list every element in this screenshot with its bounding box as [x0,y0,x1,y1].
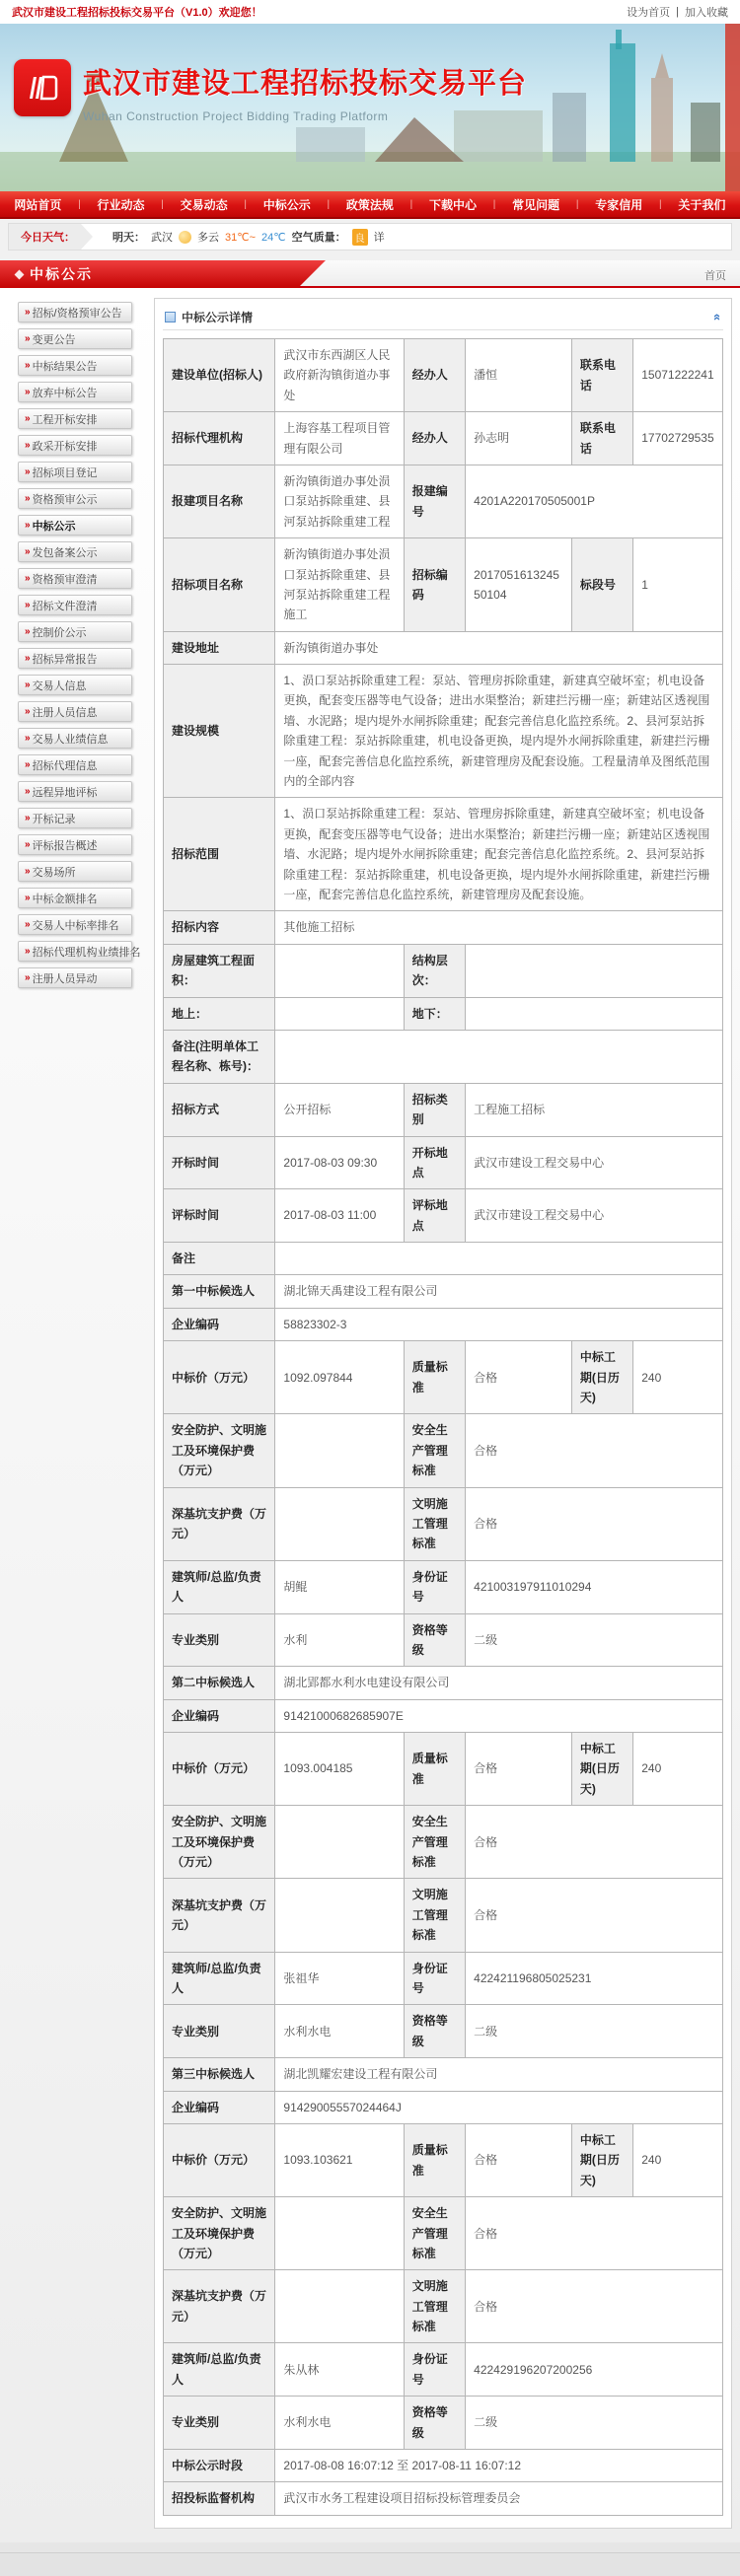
nav-item-5[interactable]: 政策法规 [346,196,394,213]
field-value: 合格 [466,1341,572,1414]
field-label: 安全生产管理标准 [404,2197,465,2270]
sidebar-item[interactable]: »交易人信息 [18,675,132,695]
field-value: 合格 [466,1414,723,1487]
sidebar-item[interactable]: »招标代理机构业绩排名 [18,941,132,962]
nav-item-4[interactable]: 中标公示 [263,196,311,213]
field-value [275,997,404,1030]
sidebar-item[interactable]: »控制价公示 [18,621,132,642]
field-value: 1093.103621 [275,2123,404,2196]
table-row: 专业类别水利水电资格等级二级 [164,2397,723,2450]
table-row: 招标范围1、涢口泵站拆除重建工程：泵站、管理房拆除重建，新建真空破坏室；机电设备… [164,798,723,911]
sidebar-item-label: 放弃中标公告 [33,385,98,400]
field-label: 质量标准 [404,1733,465,1806]
field-label: 招标类别 [404,1083,465,1136]
sidebar-item-label: 招标代理信息 [33,757,98,773]
bid-detail-table: 建设单位(招标人)武汉市东西湖区人民政府新沟镇街道办事处经办人潘恒联系电话150… [163,338,723,2516]
table-row: 安全防护、文明施工及环境保护费（万元）安全生产管理标准合格 [164,1414,723,1487]
nav-item-7[interactable]: 常见问题 [512,196,559,213]
double-arrow-icon: » [25,706,29,717]
double-arrow-icon: » [25,413,29,424]
field-value: 武汉市建设工程交易中心 [466,1189,723,1243]
nav-separator: | [78,199,81,210]
nav-separator: | [161,199,164,210]
field-label: 备注(注明单体工程名称、栋号)： [164,1030,275,1083]
field-label: 房屋建筑工程面积： [164,944,275,997]
field-value: 422429196207200256 [466,2343,723,2397]
field-label: 安全生产管理标准 [404,1414,465,1487]
table-row: 企业编码91429005557024464J [164,2091,723,2123]
content-area: »招标/资格预审公告»变更公告»中标结果公告»放弃中标公告»工程开标安排»政采开… [0,288,740,2542]
nav-item-1[interactable]: 网站首页 [14,196,61,213]
field-label: 资格等级 [404,2005,465,2058]
panel-title: 中标公示详情 [182,309,253,325]
sidebar-item[interactable]: »远程异地评标 [18,781,132,802]
field-label: 专业类别 [164,2397,275,2450]
table-row: 建筑师/总监/负责人张祖华身份证号422421196805025231 [164,1952,723,2005]
field-label: 企业编码 [164,2091,275,2123]
field-label: 联系电话 [571,339,632,412]
sidebar-item-label: 资格预审公示 [33,491,98,507]
double-arrow-icon: » [25,546,29,557]
sidebar-item-label: 发包备案公示 [33,544,98,560]
weather-day: 明天： [112,229,145,245]
double-arrow-icon: » [25,493,29,504]
field-label: 评标时间 [164,1189,275,1243]
double-arrow-icon: » [25,893,29,903]
field-value: 武汉市东西湖区人民政府新沟镇街道办事处 [275,339,404,412]
field-label: 报建项目名称 [164,465,275,537]
main-nav: 网站首页|行业动态|交易动态|中标公示|政策法规|下载中心|常见问题|专家信用|… [0,191,740,219]
double-arrow-icon: » [25,466,29,477]
site-title: 武汉市建设工程招标投标交易平台 [83,61,527,102]
table-row: 企业编码58823302-3 [164,1308,723,1340]
field-value: 合格 [466,1487,723,1560]
nav-separator: | [410,199,413,210]
field-value: 1 [633,538,723,632]
field-value: 合格 [466,1733,572,1806]
double-arrow-icon: » [25,520,29,531]
field-value: 1093.004185 [275,1733,404,1806]
sidebar-item[interactable]: »招标代理信息 [18,754,132,775]
field-value: 58823302-3 [275,1308,723,1340]
nav-item-6[interactable]: 下载中心 [429,196,477,213]
sidebar-item-label: 中标金额排名 [33,891,98,906]
table-row: 招标内容其他施工招标 [164,911,723,944]
field-label: 联系电话 [571,412,632,465]
temp-low: 24℃ [261,231,286,244]
field-label: 招标范围 [164,798,275,911]
field-label: 企业编码 [164,1308,275,1340]
sidebar-item-label: 工程开标安排 [33,411,98,427]
weather-detail-link[interactable]: 详 [374,229,385,245]
sidebar-item-label: 中标结果公告 [33,358,98,374]
sidebar-menu: »招标/资格预审公告»变更公告»中标结果公告»放弃中标公告»工程开标安排»政采开… [10,298,154,994]
field-value: 水利水电 [275,2005,404,2058]
field-value: 朱从林 [275,2343,404,2397]
field-value: 17702729535 [633,412,723,465]
field-value: 孙志明 [466,412,572,465]
table-row: 专业类别水利资格等级二级 [164,1613,723,1667]
double-arrow-icon: » [25,972,29,983]
sidebar-item[interactable]: »评标报告概述 [18,834,132,855]
header-banner: 武汉市建设工程招标投标交易平台 Wuhan Construction Proje… [0,24,740,191]
sidebar-item[interactable]: »资格预审澄清 [18,568,132,589]
panel-icon [165,312,176,322]
double-arrow-icon: » [25,333,29,344]
table-row: 深基坑支护费（万元）文明施工管理标准合格 [164,1879,723,1952]
sidebar-item[interactable]: »中标公示 [18,515,132,536]
double-arrow-icon: » [25,786,29,797]
field-value [466,944,723,997]
sidebar-item-label: 招标项目登记 [33,465,98,480]
table-row: 建筑师/总监/负责人朱从林身份证号422429196207200256 [164,2343,723,2397]
air-quality-badge: 良 [352,229,368,246]
table-row: 中标价（万元）1093.004185质量标准合格中标工期(日历天)240 [164,1733,723,1806]
collapse-icon[interactable]: « [710,314,725,321]
table-row: 备注 [164,1243,723,1275]
field-value [275,1806,404,1879]
table-row: 深基坑支护费（万元）文明施工管理标准合格 [164,2270,723,2343]
field-value: 新沟镇街道办事处涢口泵站拆除重建、县河泵站拆除重建工程 [275,465,404,537]
field-label: 安全生产管理标准 [404,1806,465,1879]
field-label: 招标项目名称 [164,538,275,632]
field-value [275,1243,723,1275]
double-arrow-icon: » [25,600,29,610]
double-arrow-icon: » [25,866,29,877]
table-row: 建设规模1、涢口泵站拆除重建工程：泵站、管理房拆除重建，新建真空破坏室；机电设备… [164,665,723,798]
field-label: 中标工期(日历天) [571,2123,632,2196]
table-row: 建筑师/总监/负责人胡鲲身份证号421003197911010294 [164,1560,723,1613]
nav-separator: | [659,199,662,210]
field-label: 建筑师/总监/负责人 [164,1560,275,1613]
field-value: 91421000682685907E [275,1699,723,1732]
field-label: 身份证号 [404,1952,465,2005]
sidebar-item-label: 交易场所 [33,864,76,880]
sidebar-item-label: 交易人信息 [33,678,87,693]
field-value: 240 [633,1733,723,1806]
table-row: 专业类别水利水电资格等级二级 [164,2005,723,2058]
field-label: 中标价（万元） [164,1341,275,1414]
field-value: 湖北凯耀宏建设工程有限公司 [275,2058,723,2091]
field-label: 标段号 [571,538,632,632]
field-label: 第三中标候选人 [164,2058,275,2091]
double-arrow-icon: » [25,733,29,744]
field-value: 合格 [466,2270,723,2343]
field-label: 建设单位(招标人) [164,339,275,412]
field-label: 结构层次： [404,944,465,997]
sidebar-item-label: 交易人中标率排名 [33,917,119,933]
field-value: 421003197911010294 [466,1560,723,1613]
field-value: 新沟镇街道办事处涢口泵站拆除重建、县河泵站拆除重建工程施工 [275,538,404,632]
double-arrow-icon: » [25,653,29,664]
double-arrow-icon: » [25,307,29,318]
sidebar-item[interactable]: »资格预审公示 [18,488,132,509]
field-label: 企业编码 [164,1699,275,1732]
field-label: 文明施工管理标准 [404,1879,465,1952]
field-label: 第一中标候选人 [164,1275,275,1308]
sidebar-item-label: 政采开标安排 [33,438,98,454]
field-label: 中标价（万元） [164,1733,275,1806]
nav-separator: | [493,199,496,210]
field-label: 文明施工管理标准 [404,1487,465,1560]
sidebar-item-label: 远程异地评标 [33,784,98,800]
field-value: 1、涢口泵站拆除重建工程：泵站、管理房拆除重建，新建真空破坏室；机电设备更换，配… [275,665,723,798]
field-label: 建设地址 [164,631,275,664]
field-value: 240 [633,1341,723,1414]
table-row: 安全防护、文明施工及环境保护费（万元）安全生产管理标准合格 [164,1806,723,1879]
field-label: 身份证号 [404,1560,465,1613]
table-row: 地上：地下： [164,997,723,1030]
field-value: 二级 [466,2005,723,2058]
field-value: 合格 [466,2123,572,2196]
weather-bar: 今日天气： 明天： 武汉 多云 31℃~ 24℃ 空气质量： 良 详 [8,223,732,250]
sidebar-item[interactable]: »政采开标安排 [18,435,132,456]
topbar-links: 设为首页 | 加入收藏 [627,4,728,20]
table-row: 第三中标候选人湖北凯耀宏建设工程有限公司 [164,2058,723,2091]
sidebar-item[interactable]: »工程开标安排 [18,408,132,429]
sidebar-item[interactable]: »注册人员信息 [18,701,132,722]
home-link[interactable]: 首页 [704,267,726,283]
table-row: 房屋建筑工程面积：结构层次： [164,944,723,997]
table-row: 评标时间2017-08-03 11:00评标地点武汉市建设工程交易中心 [164,1189,723,1243]
field-value: 新沟镇街道办事处 [275,631,723,664]
double-arrow-icon: » [25,839,29,850]
field-value: 胡鲲 [275,1560,404,1613]
air-quality-label: 空气质量： [292,229,346,245]
field-value: 张祖华 [275,1952,404,2005]
field-value: 15071222241 [633,339,723,412]
field-label: 中标工期(日历天) [571,1733,632,1806]
nav-item-8[interactable]: 专家信用 [595,196,642,213]
site-subtitle: Wuhan Construction Project Bidding Tradi… [83,109,527,123]
weather-city: 武汉 [151,229,173,245]
field-label: 质量标准 [404,2123,465,2196]
footer-strip [0,2552,740,2576]
double-arrow-icon: » [25,387,29,397]
field-label: 深基坑支护费（万元） [164,2270,275,2343]
weather-condition-icon [179,231,191,244]
table-row: 备注(注明单体工程名称、栋号)： [164,1030,723,1083]
field-label: 地下： [404,997,465,1030]
sidebar-item[interactable]: »中标结果公告 [18,355,132,376]
sidebar-item-label: 评标报告概述 [33,837,98,853]
field-label: 中标公示时段 [164,2450,275,2482]
field-value: 合格 [466,1879,723,1952]
top-bar: 武汉市建设工程招标投标交易平台（V1.0）欢迎您！ 设为首页 | 加入收藏 [0,0,740,24]
field-label: 开标地点 [404,1136,465,1189]
field-label: 招标方式 [164,1083,275,1136]
welcome-text: 武汉市建设工程招标投标交易平台（V1.0）欢迎您！ [12,4,262,20]
double-arrow-icon: » [25,759,29,770]
table-row: 中标价（万元）1092.097844质量标准合格中标工期(日历天)240 [164,1341,723,1414]
field-label: 中标工期(日历天) [571,1341,632,1414]
set-home-link[interactable]: 设为首页 [627,4,670,20]
field-value: 二级 [466,1613,723,1667]
banner-titles: 武汉市建设工程招标投标交易平台 Wuhan Construction Proje… [83,61,527,123]
field-value: 4201A220170505001P [466,465,723,537]
nav-separator: | [328,199,331,210]
field-label: 招标编码 [404,538,465,632]
sidebar-item[interactable]: »招标文件澄清 [18,595,132,615]
field-value: 工程施工招标 [466,1083,723,1136]
field-value: 1092.097844 [275,1341,404,1414]
field-value: 水利 [275,1613,404,1667]
table-row: 中标价（万元）1093.103621质量标准合格中标工期(日历天)240 [164,2123,723,2196]
sidebar-item[interactable]: »交易场所 [18,861,132,882]
field-value: 422421196805025231 [466,1952,723,2005]
page: 武汉市建设工程招标投标交易平台（V1.0）欢迎您！ 设为首页 | 加入收藏 [0,0,740,2576]
field-value: 上海容基工程项目管理有限公司 [275,412,404,465]
field-label: 身份证号 [404,2343,465,2397]
sidebar-item-label: 变更公告 [33,331,76,347]
sidebar-item[interactable]: »放弃中标公告 [18,382,132,402]
table-row: 安全防护、文明施工及环境保护费（万元）安全生产管理标准合格 [164,2197,723,2270]
sidebar-item-label: 开标记录 [33,811,76,826]
table-row: 第一中标候选人湖北锦天禹建设工程有限公司 [164,1275,723,1308]
double-arrow-icon: » [25,946,29,957]
double-arrow-icon: » [25,440,29,451]
field-label: 报建编号 [404,465,465,537]
field-value [275,2270,404,2343]
field-value: 湖北郢都水利水电建设有限公司 [275,1667,723,1699]
field-label: 安全防护、文明施工及环境保护费（万元） [164,1414,275,1487]
field-value: 240 [633,2123,723,2196]
sidebar-item[interactable]: »注册人员异动 [18,967,132,988]
sidebar-item-label: 注册人员信息 [33,704,98,720]
nav-separator: | [576,199,579,210]
detail-panel: 中标公示详情 « 建设单位(招标人)武汉市东西湖区人民政府新沟镇街道办事处经办人… [154,298,732,2529]
sidebar-item[interactable]: »发包备案公示 [18,541,132,562]
nav-item-3[interactable]: 交易动态 [181,196,228,213]
field-label: 开标时间 [164,1136,275,1189]
section-ribbon: 中标公示 [0,260,326,288]
sidebar-item-label: 招标/资格预审公告 [33,305,122,321]
table-row: 报建项目名称新沟镇街道办事处涢口泵站拆除重建、县河泵站拆除重建工程报建编号420… [164,465,723,537]
field-value [275,1414,404,1487]
sidebar-item-label: 招标文件澄清 [33,598,98,613]
sidebar-item[interactable]: »招标项目登记 [18,462,132,482]
nav-item-9[interactable]: 关于我们 [678,196,725,213]
field-label: 招标内容 [164,911,275,944]
field-label: 建筑师/总监/负责人 [164,2343,275,2397]
table-row: 深基坑支护费（万元）文明施工管理标准合格 [164,1487,723,1560]
field-value: 公开招标 [275,1083,404,1136]
platform-logo [14,59,71,116]
sidebar-item[interactable]: »交易人中标率排名 [18,914,132,935]
logo-glyph-icon [24,69,61,107]
sidebar-item-label: 招标异常报告 [33,651,98,667]
field-label: 深基坑支护费（万元） [164,1879,275,1952]
add-favorite-link[interactable]: 加入收藏 [685,4,728,20]
sidebar-item-label: 中标公示 [33,518,76,534]
field-value [275,1030,723,1083]
sidebar-item[interactable]: »招标/资格预审公告 [18,302,132,322]
section-header-row: 中标公示 首页 [0,260,740,288]
field-label: 经办人 [404,412,465,465]
panel-header: 中标公示详情 « [163,305,723,330]
field-value [466,997,723,1030]
sidebar-item-label: 资格预审澄清 [33,571,98,587]
table-row: 招投标监督机构武汉市水务工程建设项目招标投标管理委员会 [164,2482,723,2515]
table-row: 开标时间2017-08-03 09:30开标地点武汉市建设工程交易中心 [164,1136,723,1189]
double-arrow-icon: » [25,360,29,371]
table-row: 建设单位(招标人)武汉市东西湖区人民政府新沟镇街道办事处经办人潘恒联系电话150… [164,339,723,412]
field-value: 2017-08-08 16:07:12 至 2017-08-11 16:07:1… [275,2450,723,2482]
double-arrow-icon: » [25,813,29,823]
table-row: 招标代理机构上海容基工程项目管理有限公司经办人孙志明联系电话1770272953… [164,412,723,465]
field-label: 招投标监督机构 [164,2482,275,2515]
field-value: 武汉市水务工程建设项目招标投标管理委员会 [275,2482,723,2515]
field-label: 中标价（万元） [164,2123,275,2196]
table-row: 招标项目名称新沟镇街道办事处涢口泵站拆除重建、县河泵站拆除重建工程施工招标编码2… [164,538,723,632]
table-row: 招标方式公开招标招标类别工程施工招标 [164,1083,723,1136]
field-label: 资格等级 [404,1613,465,1667]
nav-item-2[interactable]: 行业动态 [98,196,145,213]
sidebar-item[interactable]: »招标异常报告 [18,648,132,669]
sidebar-item-label: 控制价公示 [33,624,87,640]
field-label: 专业类别 [164,1613,275,1667]
field-value: 其他施工招标 [275,911,723,944]
field-value: 2017-08-03 09:30 [275,1136,404,1189]
table-row: 企业编码91421000682685907E [164,1699,723,1732]
field-value: 2017-08-03 11:00 [275,1189,404,1243]
double-arrow-icon: » [25,680,29,690]
field-value: 二级 [466,2397,723,2450]
section-title: 中标公示 [30,264,93,284]
field-value: 合格 [466,2197,723,2270]
field-label: 专业类别 [164,2005,275,2058]
field-label: 建设规模 [164,665,275,798]
field-value [275,1487,404,1560]
sidebar-item-label: 注册人员异动 [33,970,98,986]
field-label: 经办人 [404,339,465,412]
sidebar-item-label: 招标代理机构业绩排名 [33,944,141,960]
ribbon-bullet-icon [15,269,25,279]
field-value: 潘恒 [466,339,572,412]
field-value [275,2197,404,2270]
field-value [275,1879,404,1952]
field-label: 安全防护、文明施工及环境保护费（万元） [164,1806,275,1879]
field-label: 第二中标候选人 [164,1667,275,1699]
field-label: 招标代理机构 [164,412,275,465]
topbar-separator: | [676,6,679,18]
field-label: 备注 [164,1243,275,1275]
field-value: 201705161324550104 [466,538,572,632]
double-arrow-icon: » [25,626,29,637]
field-value: 湖北锦天禹建设工程有限公司 [275,1275,723,1308]
field-label: 安全防护、文明施工及环境保护费（万元） [164,2197,275,2270]
double-arrow-icon: » [25,919,29,930]
field-label: 资格等级 [404,2397,465,2450]
sidebar-item-label: 交易人业绩信息 [33,731,109,747]
field-value: 武汉市建设工程交易中心 [466,1136,723,1189]
nav-separator: | [244,199,247,210]
sidebar-item[interactable]: »开标记录 [18,808,132,828]
sidebar-item[interactable]: »交易人业绩信息 [18,728,132,749]
sidebar-item[interactable]: »中标金额排名 [18,888,132,908]
table-row: 中标公示时段2017-08-08 16:07:12 至 2017-08-11 1… [164,2450,723,2482]
table-row: 建设地址新沟镇街道办事处 [164,631,723,664]
field-value: 1、涢口泵站拆除重建工程：泵站、管理房拆除重建，新建真空破坏室；机电设备更换，配… [275,798,723,911]
double-arrow-icon: » [25,573,29,584]
field-value: 水利水电 [275,2397,404,2450]
field-value [275,944,404,997]
temp-high: 31℃~ [225,231,256,244]
sidebar-item[interactable]: »变更公告 [18,328,132,349]
field-value: 合格 [466,1806,723,1879]
table-row: 第二中标候选人湖北郢都水利水电建设有限公司 [164,1667,723,1699]
field-label: 建筑师/总监/负责人 [164,1952,275,2005]
